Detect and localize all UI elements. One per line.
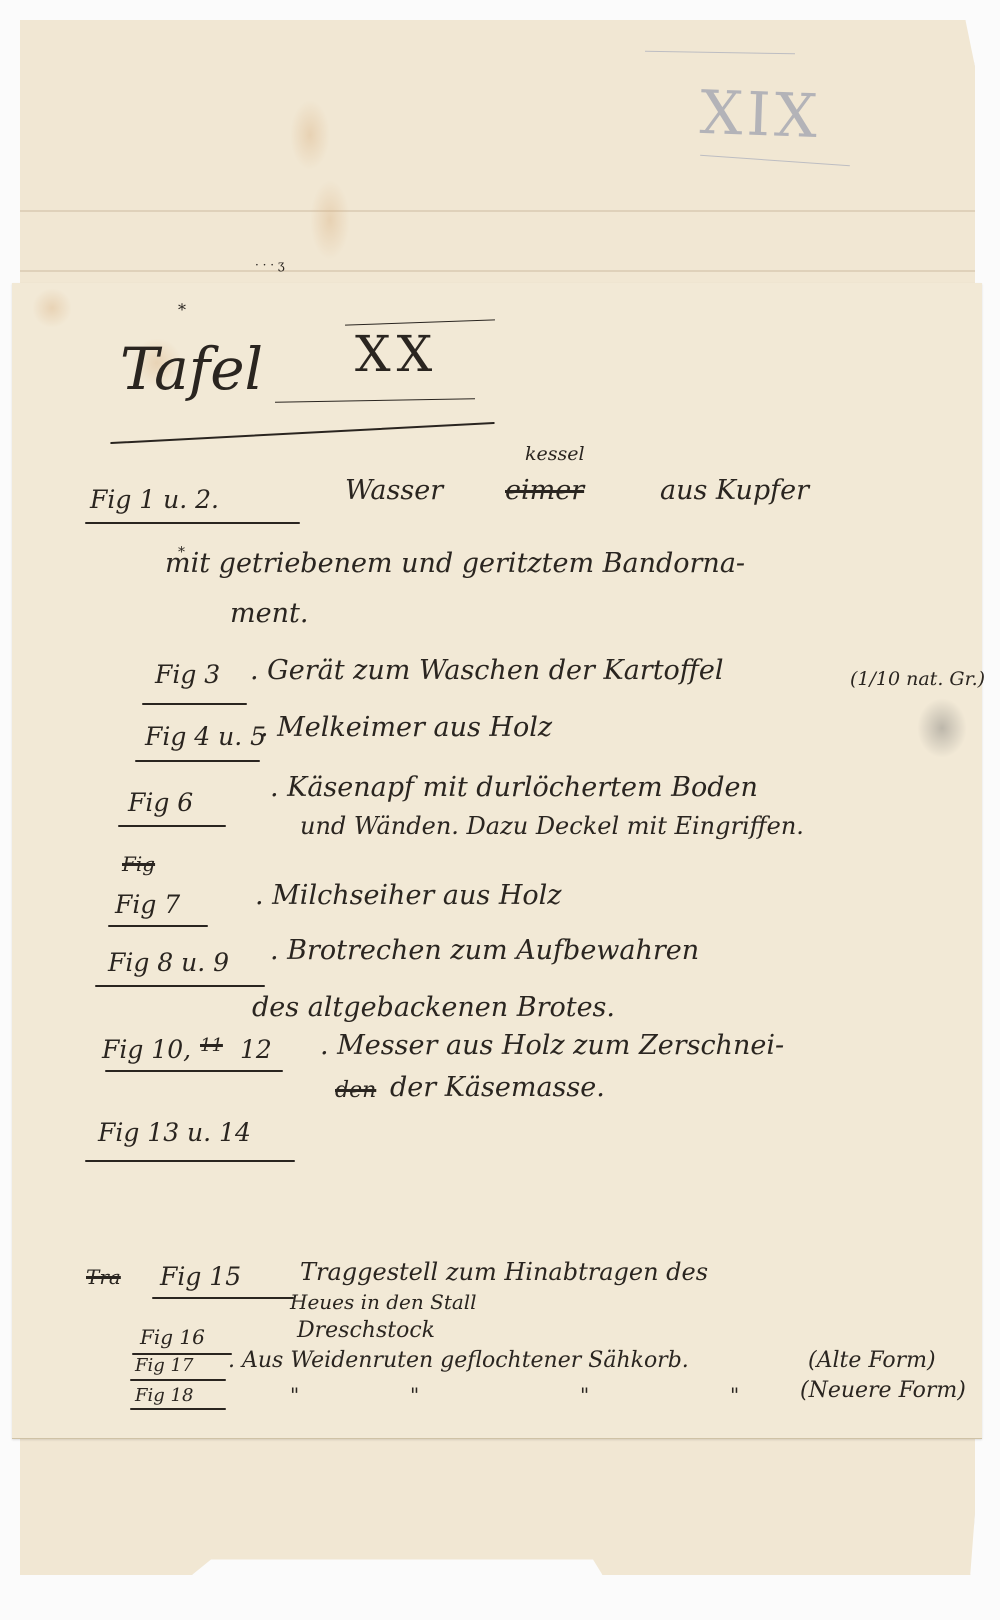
fig-underline xyxy=(85,1160,295,1162)
fig-label: Fig 18 xyxy=(135,1385,193,1406)
entry-text: . Gerät zum Waschen der Kartoffel xyxy=(250,655,724,686)
fig-underline xyxy=(130,1379,226,1381)
entry-text: ment. xyxy=(230,598,308,629)
scale-note: (1/10 nat. Gr.) xyxy=(850,668,985,690)
fig-underline xyxy=(135,760,260,762)
ditto-mark: " xyxy=(580,1383,589,1407)
fig-label: Fig 10, xyxy=(102,1035,191,1064)
fig-label: Fig 4 u. 5 xyxy=(145,722,266,751)
asterisk-mark: ⁎ xyxy=(178,295,186,314)
pencil-overline xyxy=(645,51,795,55)
fig-underline xyxy=(118,825,226,827)
entry-text: . Käsenapf mit durlöchertem Boden xyxy=(270,772,758,803)
ink-smudge xyxy=(917,698,967,758)
fig-label: 12 xyxy=(240,1035,272,1064)
struck-word: den xyxy=(335,1078,376,1103)
stain xyxy=(290,100,330,170)
fig-label: Fig 16 xyxy=(140,1325,205,1349)
top-scribble: · · · ʒ xyxy=(255,258,285,272)
fig-underline xyxy=(152,1297,294,1299)
page-title: Tafel xyxy=(120,335,263,403)
entry-text: . Melkeimer aus Holz xyxy=(260,712,552,743)
fig-label: Fig 3 xyxy=(155,660,220,689)
fig-label: Fig 1 u. 2. xyxy=(90,485,219,514)
ditto-mark: " xyxy=(290,1383,299,1407)
fig-underline xyxy=(130,1408,226,1410)
title-numeral: XX xyxy=(355,325,438,383)
fig-underline xyxy=(108,925,208,927)
struck-fig-label: Tra xyxy=(86,1265,121,1289)
entry-text: . Milchseiher aus Holz xyxy=(255,880,562,911)
fig-label: Fig 8 u. 9 xyxy=(108,948,229,977)
stain xyxy=(32,288,72,328)
entry-text: aus Kupfer xyxy=(660,475,809,506)
fold-line xyxy=(20,210,975,212)
fig-underline xyxy=(142,703,247,705)
entry-text: des altgebackenen Brotes. xyxy=(252,992,615,1023)
entry-text: Dreschstock xyxy=(297,1318,435,1343)
entry-text: Heues in den Stall xyxy=(290,1290,477,1314)
entry-text: . Messer aus Holz zum Zerschnei- xyxy=(320,1030,784,1061)
fig-label: Fig 15 xyxy=(160,1262,241,1291)
entry-text: . Aus Weidenruten geflochtener Sähkorb. xyxy=(228,1348,689,1373)
entry-text: der Käsemasse. xyxy=(390,1072,605,1103)
entry-text: . Brotrechen zum Aufbewahren xyxy=(270,935,699,966)
pencil-underline xyxy=(700,155,850,166)
entry-text: Wasser xyxy=(345,475,443,506)
form-note: (Alte Form) xyxy=(808,1348,936,1373)
fig-underline xyxy=(105,1070,283,1072)
fig-label: Fig 6 xyxy=(128,788,193,817)
fig-underline xyxy=(95,985,265,987)
entry-text: Traggestell zum Hinabtragen des xyxy=(300,1258,708,1286)
pencil-numeral: XIX xyxy=(699,78,823,152)
form-note: (Neuere Form) xyxy=(800,1378,966,1403)
ditto-mark: " xyxy=(730,1383,739,1407)
ditto-mark: " xyxy=(410,1383,419,1407)
fold-line xyxy=(20,270,975,272)
inserted-word: kessel xyxy=(525,443,585,465)
fig-label: Fig 13 u. 14 xyxy=(98,1118,251,1147)
fig-underline xyxy=(85,522,300,524)
entry-text: mit getriebenem und geritztem Bandorna- xyxy=(165,548,745,579)
struck-fig-label: Fig xyxy=(122,852,155,876)
entry-text: und Wänden. Dazu Deckel mit Eingriffen. xyxy=(300,812,804,840)
struck-word: eimer xyxy=(505,475,584,506)
struck-fig-number: 11 xyxy=(200,1035,223,1056)
fig-label: Fig 17 xyxy=(135,1355,193,1376)
stain xyxy=(310,180,350,260)
fig-label: Fig 7 xyxy=(115,890,180,919)
